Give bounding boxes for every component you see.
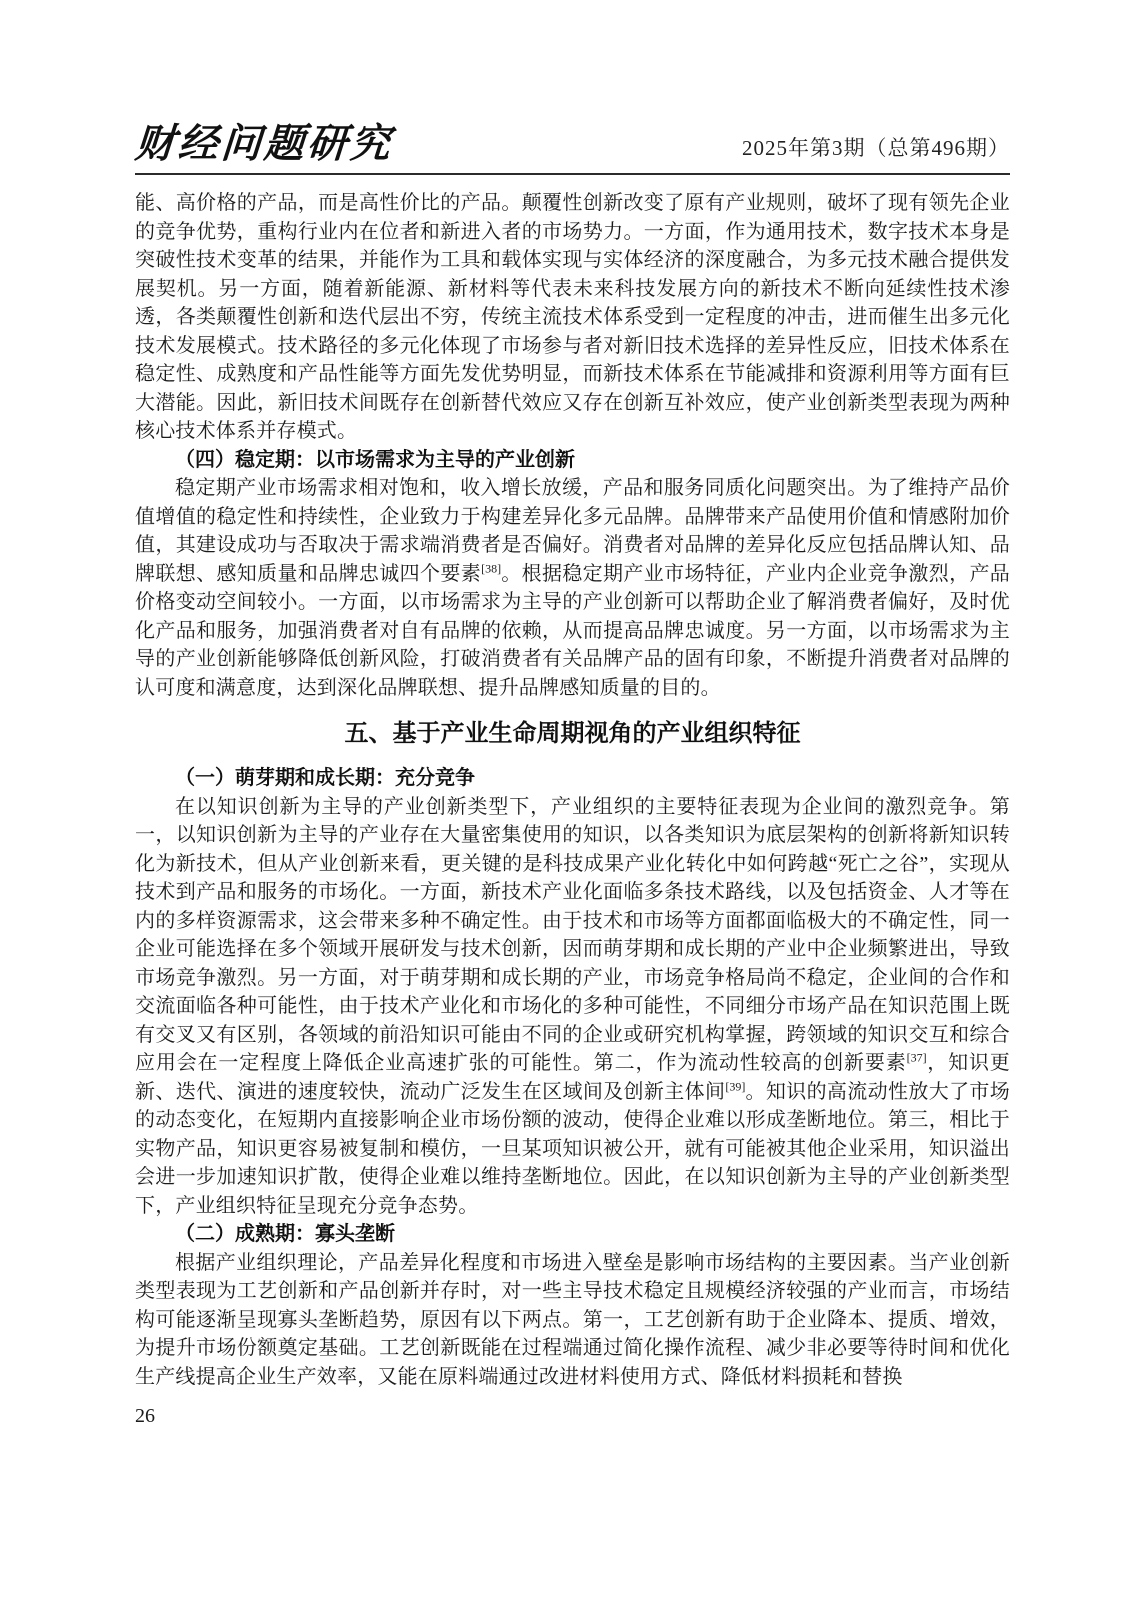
subsection-heading: （一）萌芽期和成长期：充分竞争 [135,764,1010,793]
body-paragraph: 根据产业组织理论，产品差异化程度和市场进入壁垒是影响市场结构的主要因素。当产业创… [135,1249,1010,1392]
body-paragraph: 在以知识创新为主导的产业创新类型下，产业组织的主要特征表现为企业间的激烈竞争。第… [135,793,1010,1221]
subsection-heading: （二）成熟期：寡头垄断 [135,1220,1010,1249]
article-body: 能、高价格的产品，而是高性价比的产品。颠覆性创新改变了原有产业规则，破坏了现有领… [135,189,1010,1391]
subsection-heading: （四）稳定期：以市场需求为主导的产业创新 [135,446,1010,475]
section-heading: 五、基于产业生命周期视角的产业组织特征 [135,719,1010,749]
issue-info: 2025年第3期（总第496期） [742,132,1010,166]
citation-ref: [38] [481,561,501,575]
page-header: 财经问题研究 2025年第3期（总第496期） [135,122,1010,175]
body-paragraph: 能、高价格的产品，而是高性价比的产品。颠覆性创新改变了原有产业规则，破坏了现有领… [135,189,1010,446]
page-number: 26 [135,1405,1010,1428]
body-paragraph: 稳定期产业市场需求相对饱和，收入增长放缓，产品和服务同质化问题突出。为了维持产品… [135,474,1010,702]
paper-page: 财经问题研究 2025年第3期（总第496期） 能、高价格的产品，而是高性价比的… [0,0,1140,1600]
journal-logo: 财经问题研究 [133,122,394,166]
citation-ref: [37] [907,1050,927,1064]
citation-ref: [39] [725,1079,745,1093]
